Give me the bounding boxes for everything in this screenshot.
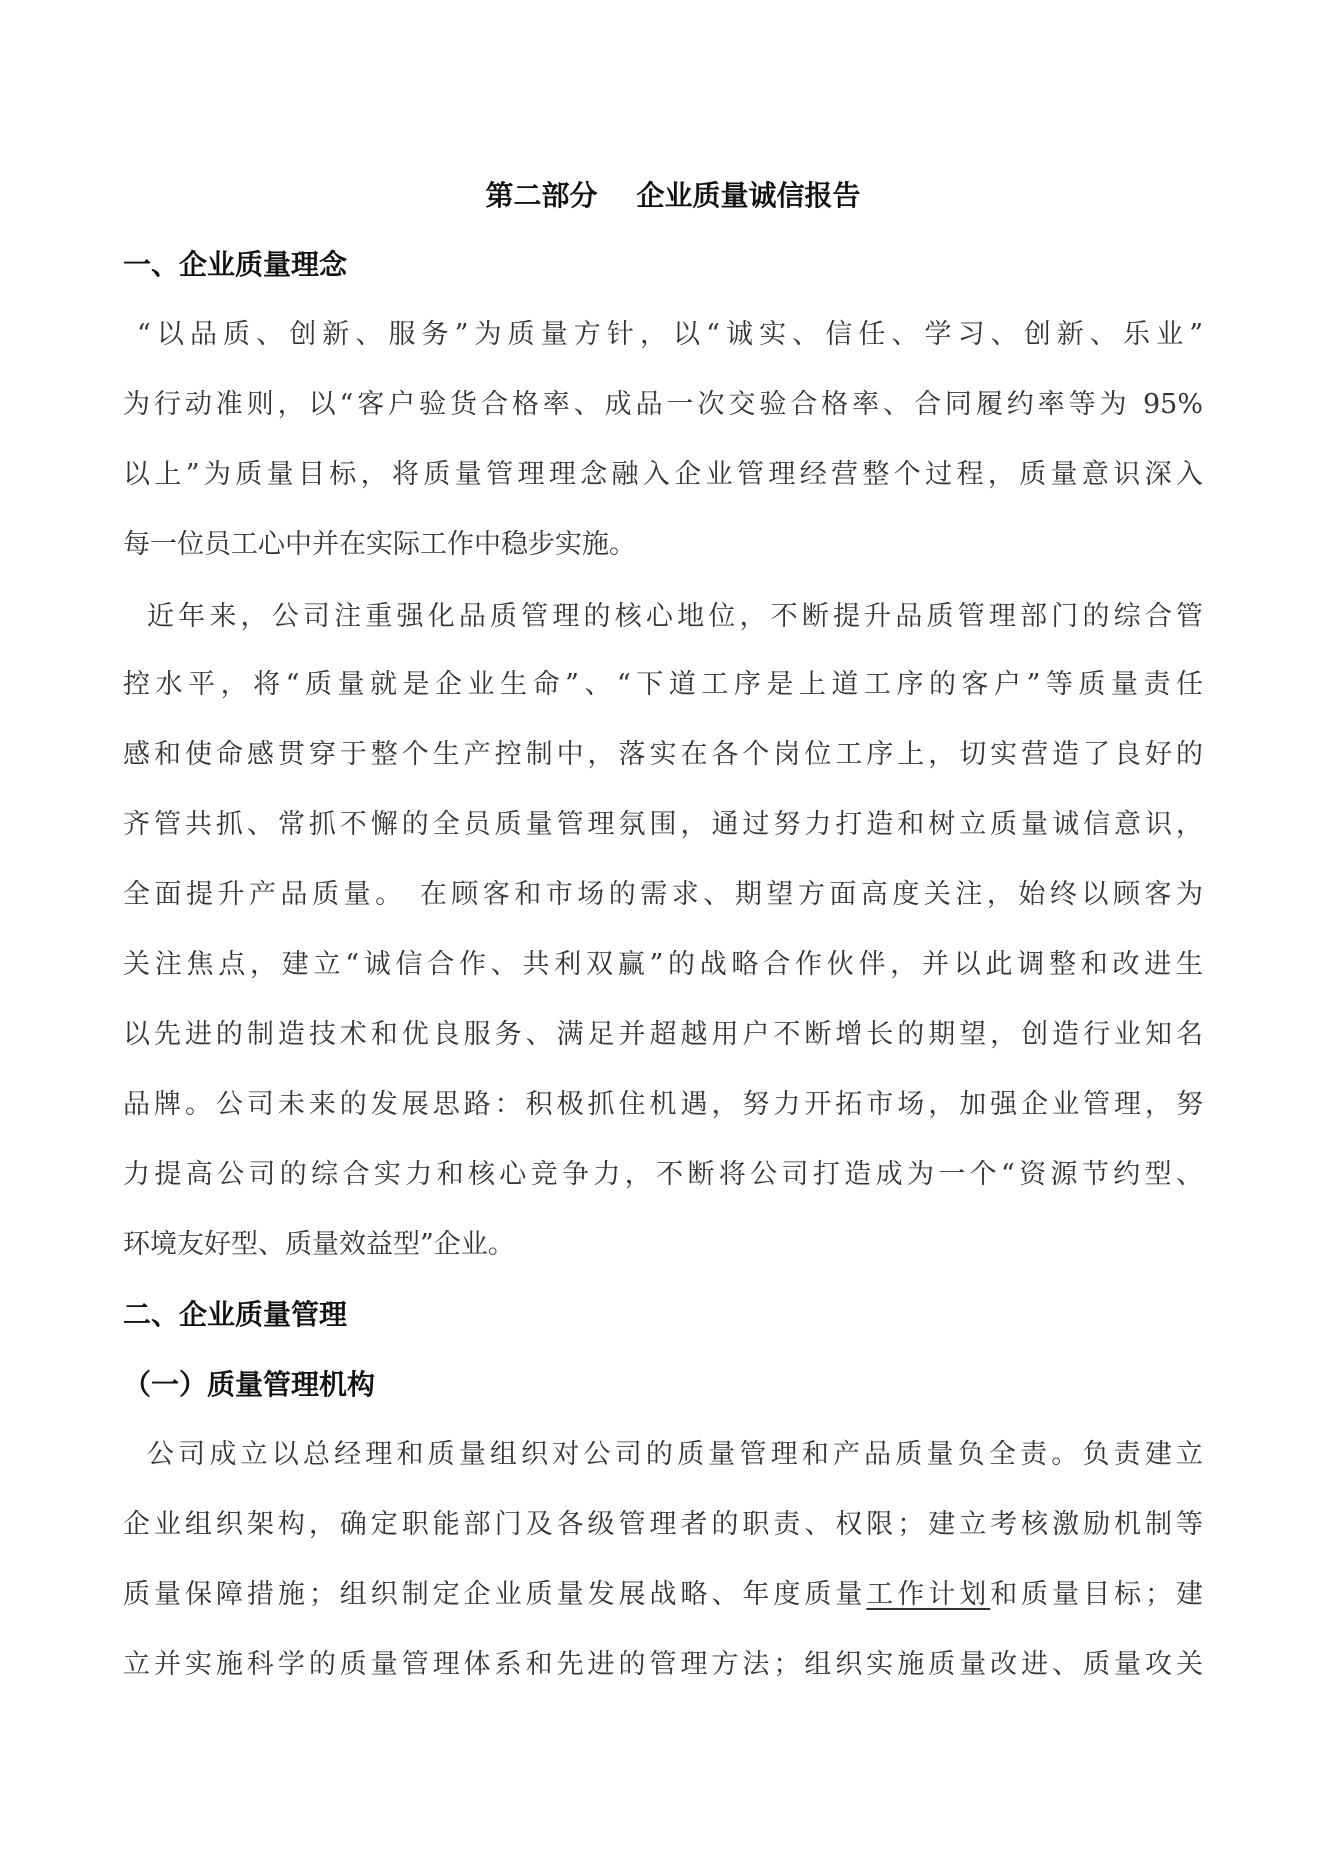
line-text-after-link: 和质量目标；建 xyxy=(990,1579,1203,1610)
paragraph-line-with-link: 质量保障措施；组织制定企业质量发展战略、年度质量工作计划和质量目标；建 xyxy=(123,1573,1203,1617)
line-text-before-link: 质量保障措施；组织制定企业质量发展战略、年度质量 xyxy=(123,1579,866,1610)
paragraph-line: 全面提升产品质量。 在顾客和市场的需求、期望方面高度关注，始终以顾客为 xyxy=(123,873,1203,917)
paragraph-line: 关注焦点，建立“诚信合作、共利双赢”的战略合作伙伴，并以此调整和改进生 xyxy=(123,943,1203,987)
paragraph-line: 力提高公司的综合实力和核心竞争力，不断将公司打造成为一个“资源节约型、 xyxy=(123,1153,1203,1197)
subsection-heading-quality-organization: （一）质量管理机构 xyxy=(123,1363,375,1407)
section-heading-quality-management: 二、企业质量管理 xyxy=(123,1293,347,1337)
paragraph-line: 每一位员工心中并在实际工作中稳步实施。 xyxy=(123,523,1203,567)
work-plan-link[interactable]: 工作计划 xyxy=(866,1579,990,1610)
paragraph-line: 品牌。公司未来的发展思路：积极抓住机遇，努力开拓市场，加强企业管理，努 xyxy=(123,1083,1203,1127)
paragraph-line: 环境友好型、质量效益型”企业。 xyxy=(123,1223,1203,1267)
section-heading-quality-philosophy: 一、企业质量理念 xyxy=(123,243,347,287)
paragraph-line: 公司成立以总经理和质量组织对公司的质量管理和产品质量负全责。负责建立 xyxy=(123,1433,1203,1477)
paragraph-line: 以先进的制造技术和优良服务、满足并超越用户不断增长的期望，创造行业知名 xyxy=(123,1013,1203,1057)
paragraph-line: 感和使命感贯穿于整个生产控制中，落实在各个岗位工序上，切实营造了良好的 xyxy=(123,733,1203,777)
paragraph-line: 以上”为质量目标，将质量管理理念融入企业管理经营整个过程，质量意识深入 xyxy=(123,453,1203,497)
paragraph-line: “以品质、创新、服务”为质量方针，以“诚实、信任、学习、创新、乐业” xyxy=(123,313,1203,357)
paragraph-line: 近年来，公司注重强化品质管理的核心地位，不断提升品质管理部门的综合管 xyxy=(123,595,1203,639)
paragraph-line: 控水平，将“质量就是企业生命”、“下道工序是上道工序的客户”等质量责任 xyxy=(123,663,1203,707)
paragraph-line: 齐管共抓、常抓不懈的全员质量管理氛围，通过努力打造和树立质量诚信意识， xyxy=(123,803,1203,847)
paragraph-line: 为行动准则，以“客户验货合格率、成品一次交验合格率、合同履约率等为 95% xyxy=(123,383,1203,427)
paragraph-line: 立并实施科学的质量管理体系和先进的管理方法；组织实施质量改进、质量攻关 xyxy=(123,1643,1203,1687)
page-title: 第二部分 企业质量诚信报告 xyxy=(123,174,1203,218)
paragraph-line: 企业组织架构，确定职能部门及各级管理者的职责、权限；建立考核激励机制等 xyxy=(123,1503,1203,1547)
